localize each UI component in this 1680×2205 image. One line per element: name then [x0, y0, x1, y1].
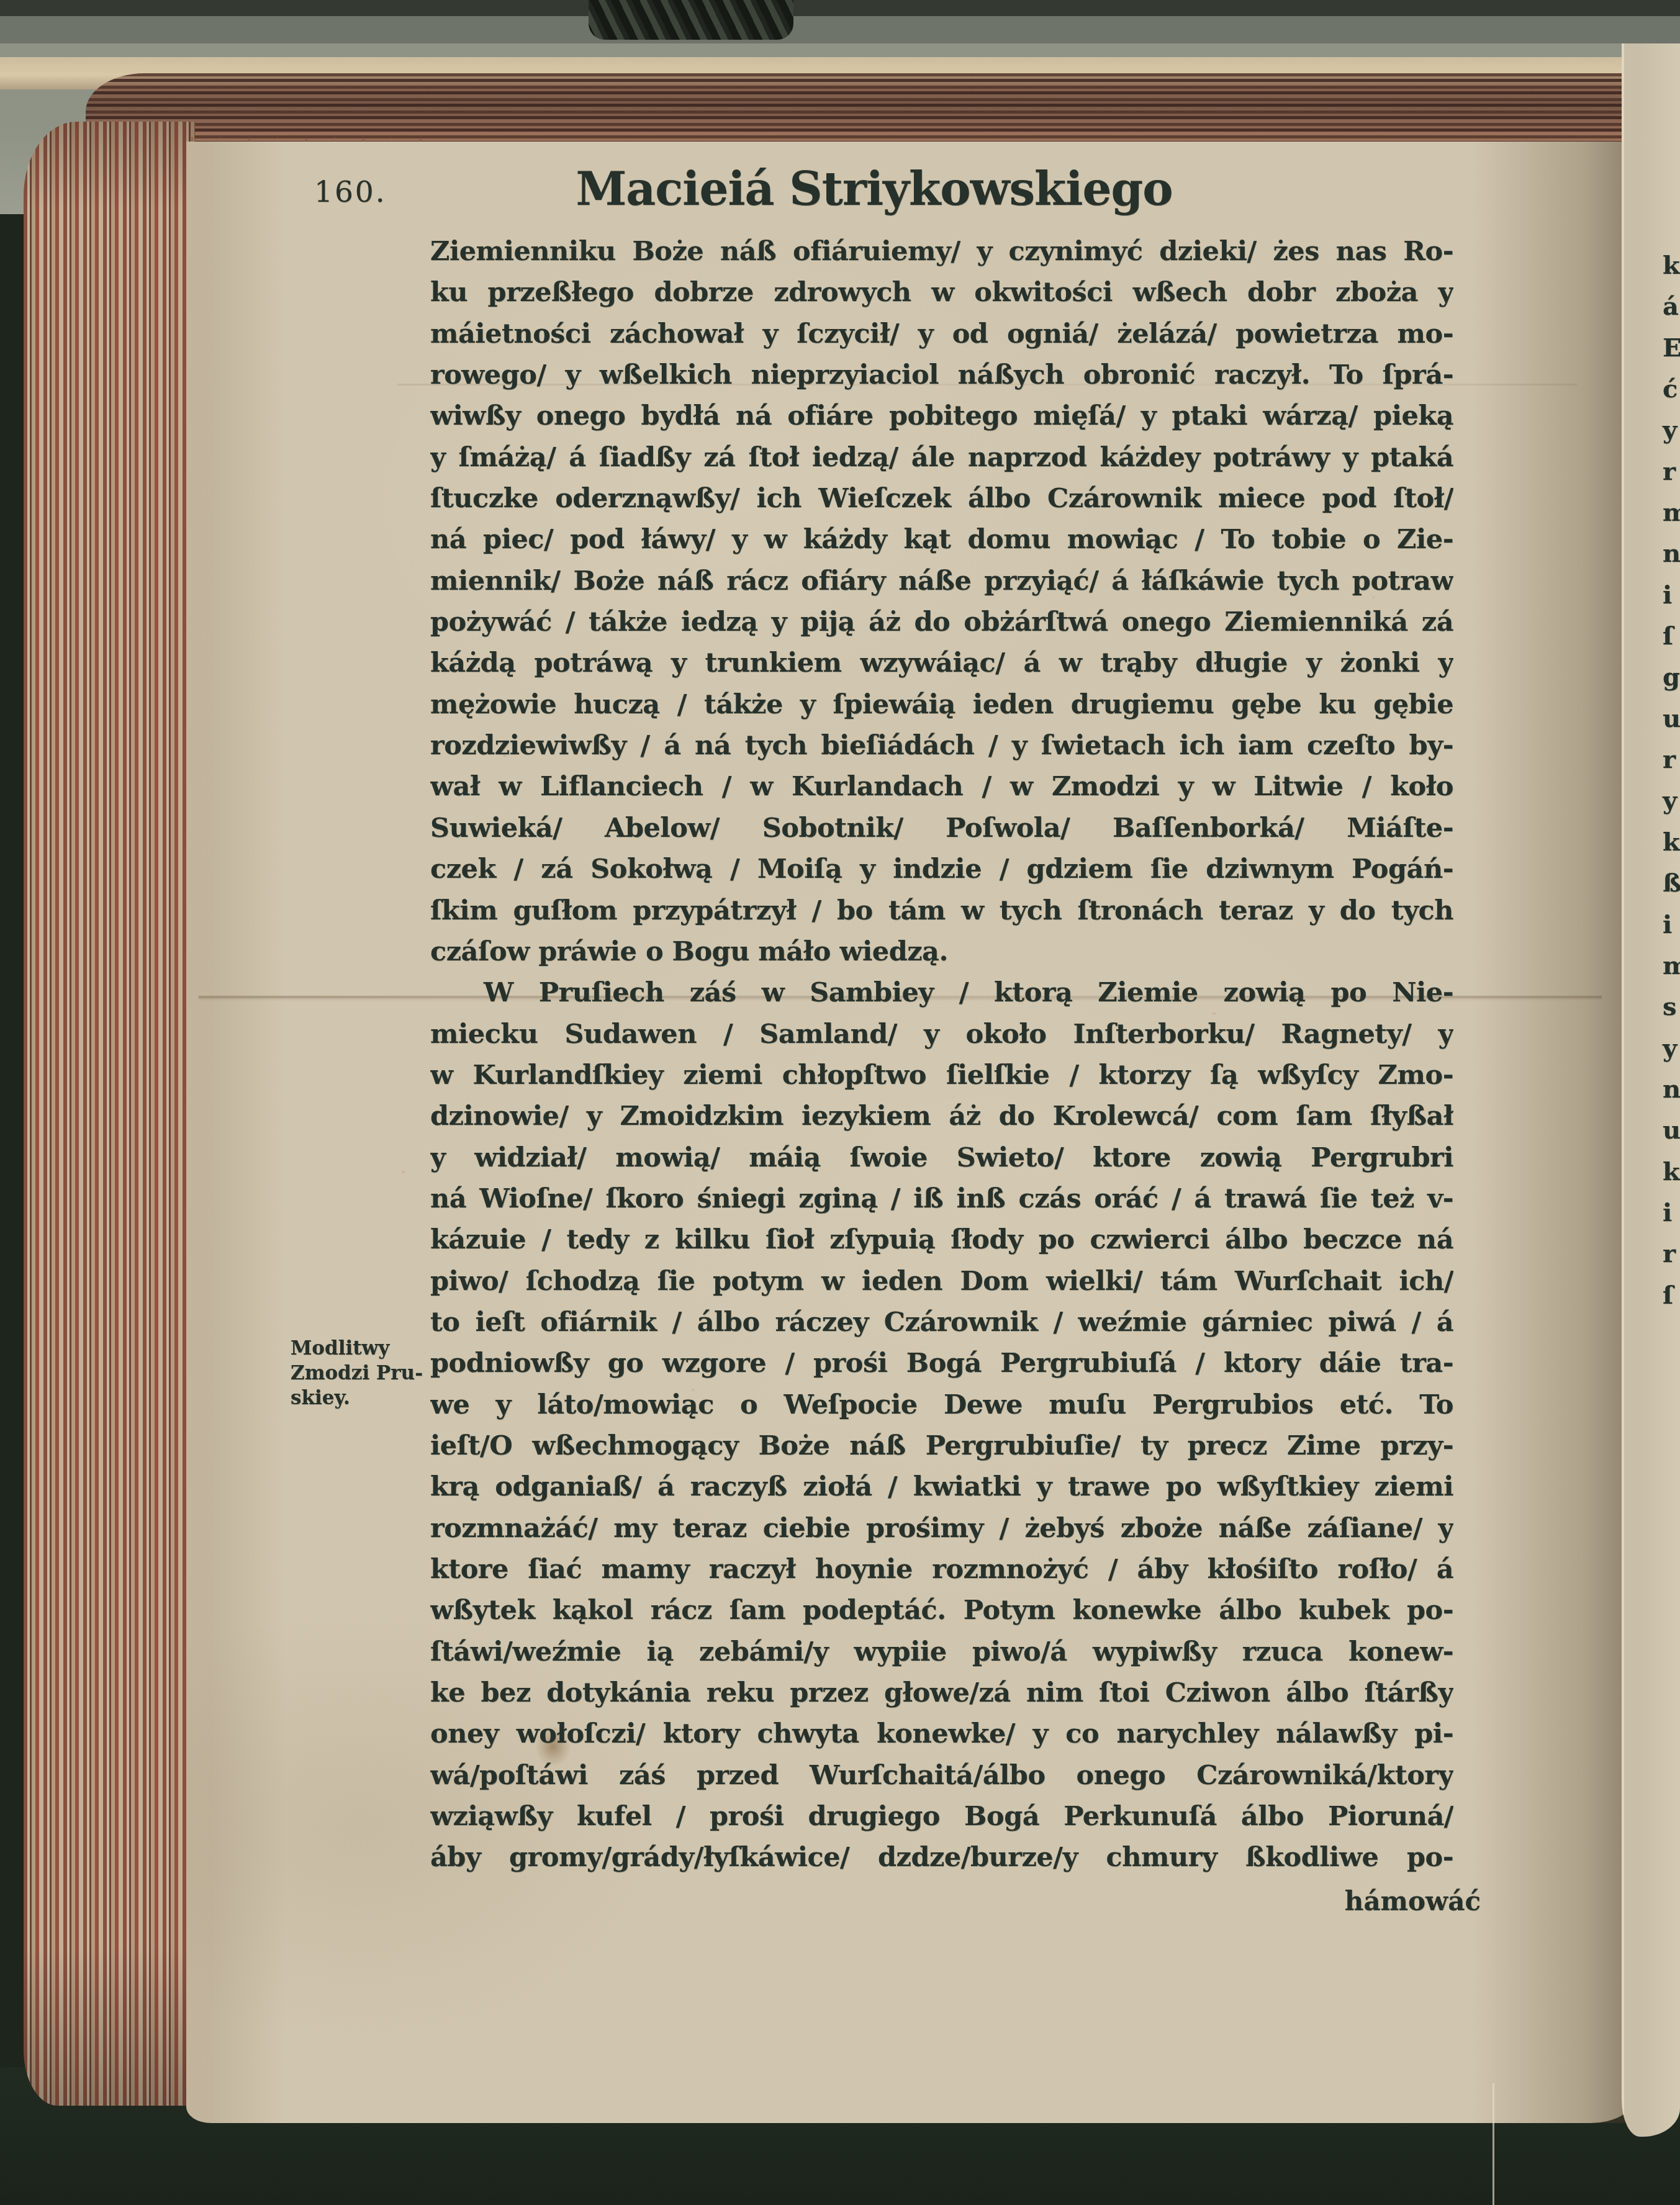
- body-line: ſtuczke oderznąwßy/ ich Wieſczek álbo Cz…: [430, 483, 1453, 524]
- scanned-book-page: káEćyrmniſgurykßimsynukirſ 160. Macieiá …: [0, 0, 1680, 2205]
- text-fragment: y: [1663, 786, 1680, 827]
- body-line: pożywáć / tákże iedzą y piją áż do obżár…: [430, 606, 1453, 647]
- body-line: ieſt/O wßechmogący Boże náß Pergrubiuſie…: [430, 1430, 1453, 1471]
- body-text: Ziemienniku Boże náß ofiáruiemy/ y czyni…: [430, 236, 1453, 1883]
- body-line: rozdziewiwßy / á ná tych bieſiádách / y …: [430, 730, 1453, 771]
- body-line: Ziemienniku Boże náß ofiáruiemy/ y czyni…: [430, 236, 1453, 277]
- text-fragment: y: [1663, 415, 1680, 456]
- text-fragment: ß: [1663, 868, 1680, 909]
- body-line: ſtáwi/weźmie ią zebámi/y wypiie piwo/á w…: [430, 1636, 1453, 1677]
- body-line: podniowßy go wzgore / prośi Bogá Pergrub…: [430, 1348, 1453, 1389]
- text-fragment: r: [1663, 745, 1680, 786]
- text-fragment: u: [1663, 704, 1680, 745]
- text-fragment: y: [1663, 1034, 1680, 1075]
- text-fragment: k: [1663, 251, 1680, 292]
- text-fragment: s: [1663, 992, 1680, 1033]
- text-fragment: n: [1663, 539, 1680, 580]
- body-line: czáſow práwie o Bogu máło wiedzą.: [430, 936, 1453, 977]
- body-line: káżdą potráwą y trunkiem wzywáiąc/ á w t…: [430, 647, 1453, 688]
- body-line: máietności záchował y ſczycił/ y od ogni…: [430, 318, 1453, 359]
- body-line: ná piec/ pod łáwy/ y w káżdy kąt domu mo…: [430, 524, 1453, 565]
- text-fragment: i: [1663, 910, 1680, 951]
- text-fragment: k: [1663, 827, 1680, 868]
- body-line: czek / zá Sokołwą / Moiſą y indzie / gdz…: [430, 854, 1453, 895]
- catchword: hámowáć: [430, 1886, 1481, 1916]
- body-line: oney wołoſczi/ ktory chwyta konewke/ y c…: [430, 1718, 1453, 1759]
- body-line: piwo/ ſchodzą ſie potym w ieden Dom wiel…: [430, 1266, 1453, 1307]
- text-fragment: ſ: [1663, 1281, 1680, 1322]
- body-line: wał w Liflanciech / w Kurlandach / w Zmo…: [430, 771, 1453, 812]
- next-page-text-fragments: káEćyrmniſgurykßimsynukirſ: [1654, 251, 1680, 1865]
- body-line: to ieſt ofiárnik / álbo ráczey Czárownik…: [430, 1307, 1453, 1348]
- body-line: wá/poſtáwi záś przed Wurſchaitá/álbo one…: [430, 1760, 1453, 1801]
- text-fragment: á: [1663, 292, 1680, 333]
- text-fragment: m: [1663, 498, 1680, 539]
- text-fragment: i: [1663, 580, 1680, 621]
- gutter-shadow: [1471, 142, 1634, 2123]
- body-line: rowego/ y wßelkich nieprzyiaciol náßych …: [430, 359, 1453, 400]
- body-line: ke bez dotykánia reku przez głowe/zá nim…: [430, 1677, 1453, 1718]
- body-line: dzinowie/ y Zmoidzkim iezykiem áż do Kro…: [430, 1101, 1453, 1142]
- text-fragment: E: [1663, 333, 1680, 374]
- body-line: ná Wioſne/ ſkoro śniegi zginą / iß inß c…: [430, 1183, 1453, 1224]
- margin-note-line: Modlitwy: [291, 1336, 430, 1361]
- body-line: wiwßy onego bydłá ná ofiáre pobitego mię…: [430, 400, 1453, 441]
- body-line: wziąwßy kufel / prośi drugiego Bogá Perk…: [430, 1801, 1453, 1842]
- body-line: kázuie / tedy z kilku ſioł zſypuią ſłody…: [430, 1224, 1453, 1265]
- text-fragment: r: [1663, 1239, 1680, 1280]
- body-line: miennik/ Boże náß rácz ofiáry náße przyi…: [430, 566, 1453, 606]
- running-title: Macieiá Striykowskiego: [533, 163, 1216, 216]
- page-edge-highlight: [1493, 2083, 1494, 2205]
- body-line: mężowie huczą / tákże y ſpiewáią ieden d…: [430, 689, 1453, 730]
- body-line: w Kurlandſkiey ziemi chłopſtwo ſielſkie …: [430, 1060, 1453, 1101]
- body-line: y ſmáżą/ á ſiadßy zá ſtoł iedzą/ ále nap…: [430, 442, 1453, 483]
- text-fragment: n: [1663, 1075, 1680, 1116]
- text-fragment: g: [1663, 662, 1680, 703]
- text-fragment: ſ: [1663, 621, 1680, 662]
- text-fragment: i: [1663, 1198, 1680, 1239]
- body-line: áby gromy/grády/łyſkáwice/ dzdze/burze/y…: [430, 1842, 1453, 1883]
- body-line: W Pruſiech záś w Sambiey / ktorą Ziemie …: [430, 977, 1453, 1018]
- body-line: Suwieká/ Abelow/ Sobotnik/ Poſwola/ Baſſ…: [430, 813, 1453, 854]
- text-fragment: r: [1663, 457, 1680, 498]
- body-line: we y láto/mowiąc o Weſpocie Dewe muſu Pe…: [430, 1389, 1453, 1430]
- text-fragment: m: [1663, 951, 1680, 992]
- text-fragment: k: [1663, 1157, 1680, 1198]
- body-line: ku przeßłego dobrze zdrowych w okwitości…: [430, 277, 1453, 318]
- book-fore-edge-streaks: [24, 122, 195, 2106]
- text-fragment: u: [1663, 1116, 1680, 1157]
- body-line: ſkim guſłom przypátrzył / bo tám w tych …: [430, 895, 1453, 936]
- body-line: krą odganiaß/ á raczyß ziołá / kwiatki y…: [430, 1471, 1453, 1512]
- body-line: y widział/ mowią/ máią ſwoie Swieto/ kto…: [430, 1142, 1453, 1183]
- text-fragment: ć: [1663, 374, 1680, 415]
- margin-note-line: skiey.: [291, 1386, 430, 1410]
- body-line: rozmnażáć/ my teraz ciebie prośimy / żeb…: [430, 1513, 1453, 1554]
- book-headband: [589, 0, 793, 40]
- body-line: ktore ſiać mamy raczył hoynie rozmnożyć …: [430, 1554, 1453, 1595]
- body-line: wßytek kąkol rácz ſam podeptáć. Potym ko…: [430, 1595, 1453, 1636]
- page-number: 160.: [314, 175, 387, 209]
- body-line: miecku Sudawen / Samland/ y około Inſter…: [430, 1019, 1453, 1060]
- margin-note-line: Zmodzi Pru-: [291, 1361, 430, 1386]
- margin-note: ModlitwyZmodzi Pru-skiey.: [291, 1336, 430, 1410]
